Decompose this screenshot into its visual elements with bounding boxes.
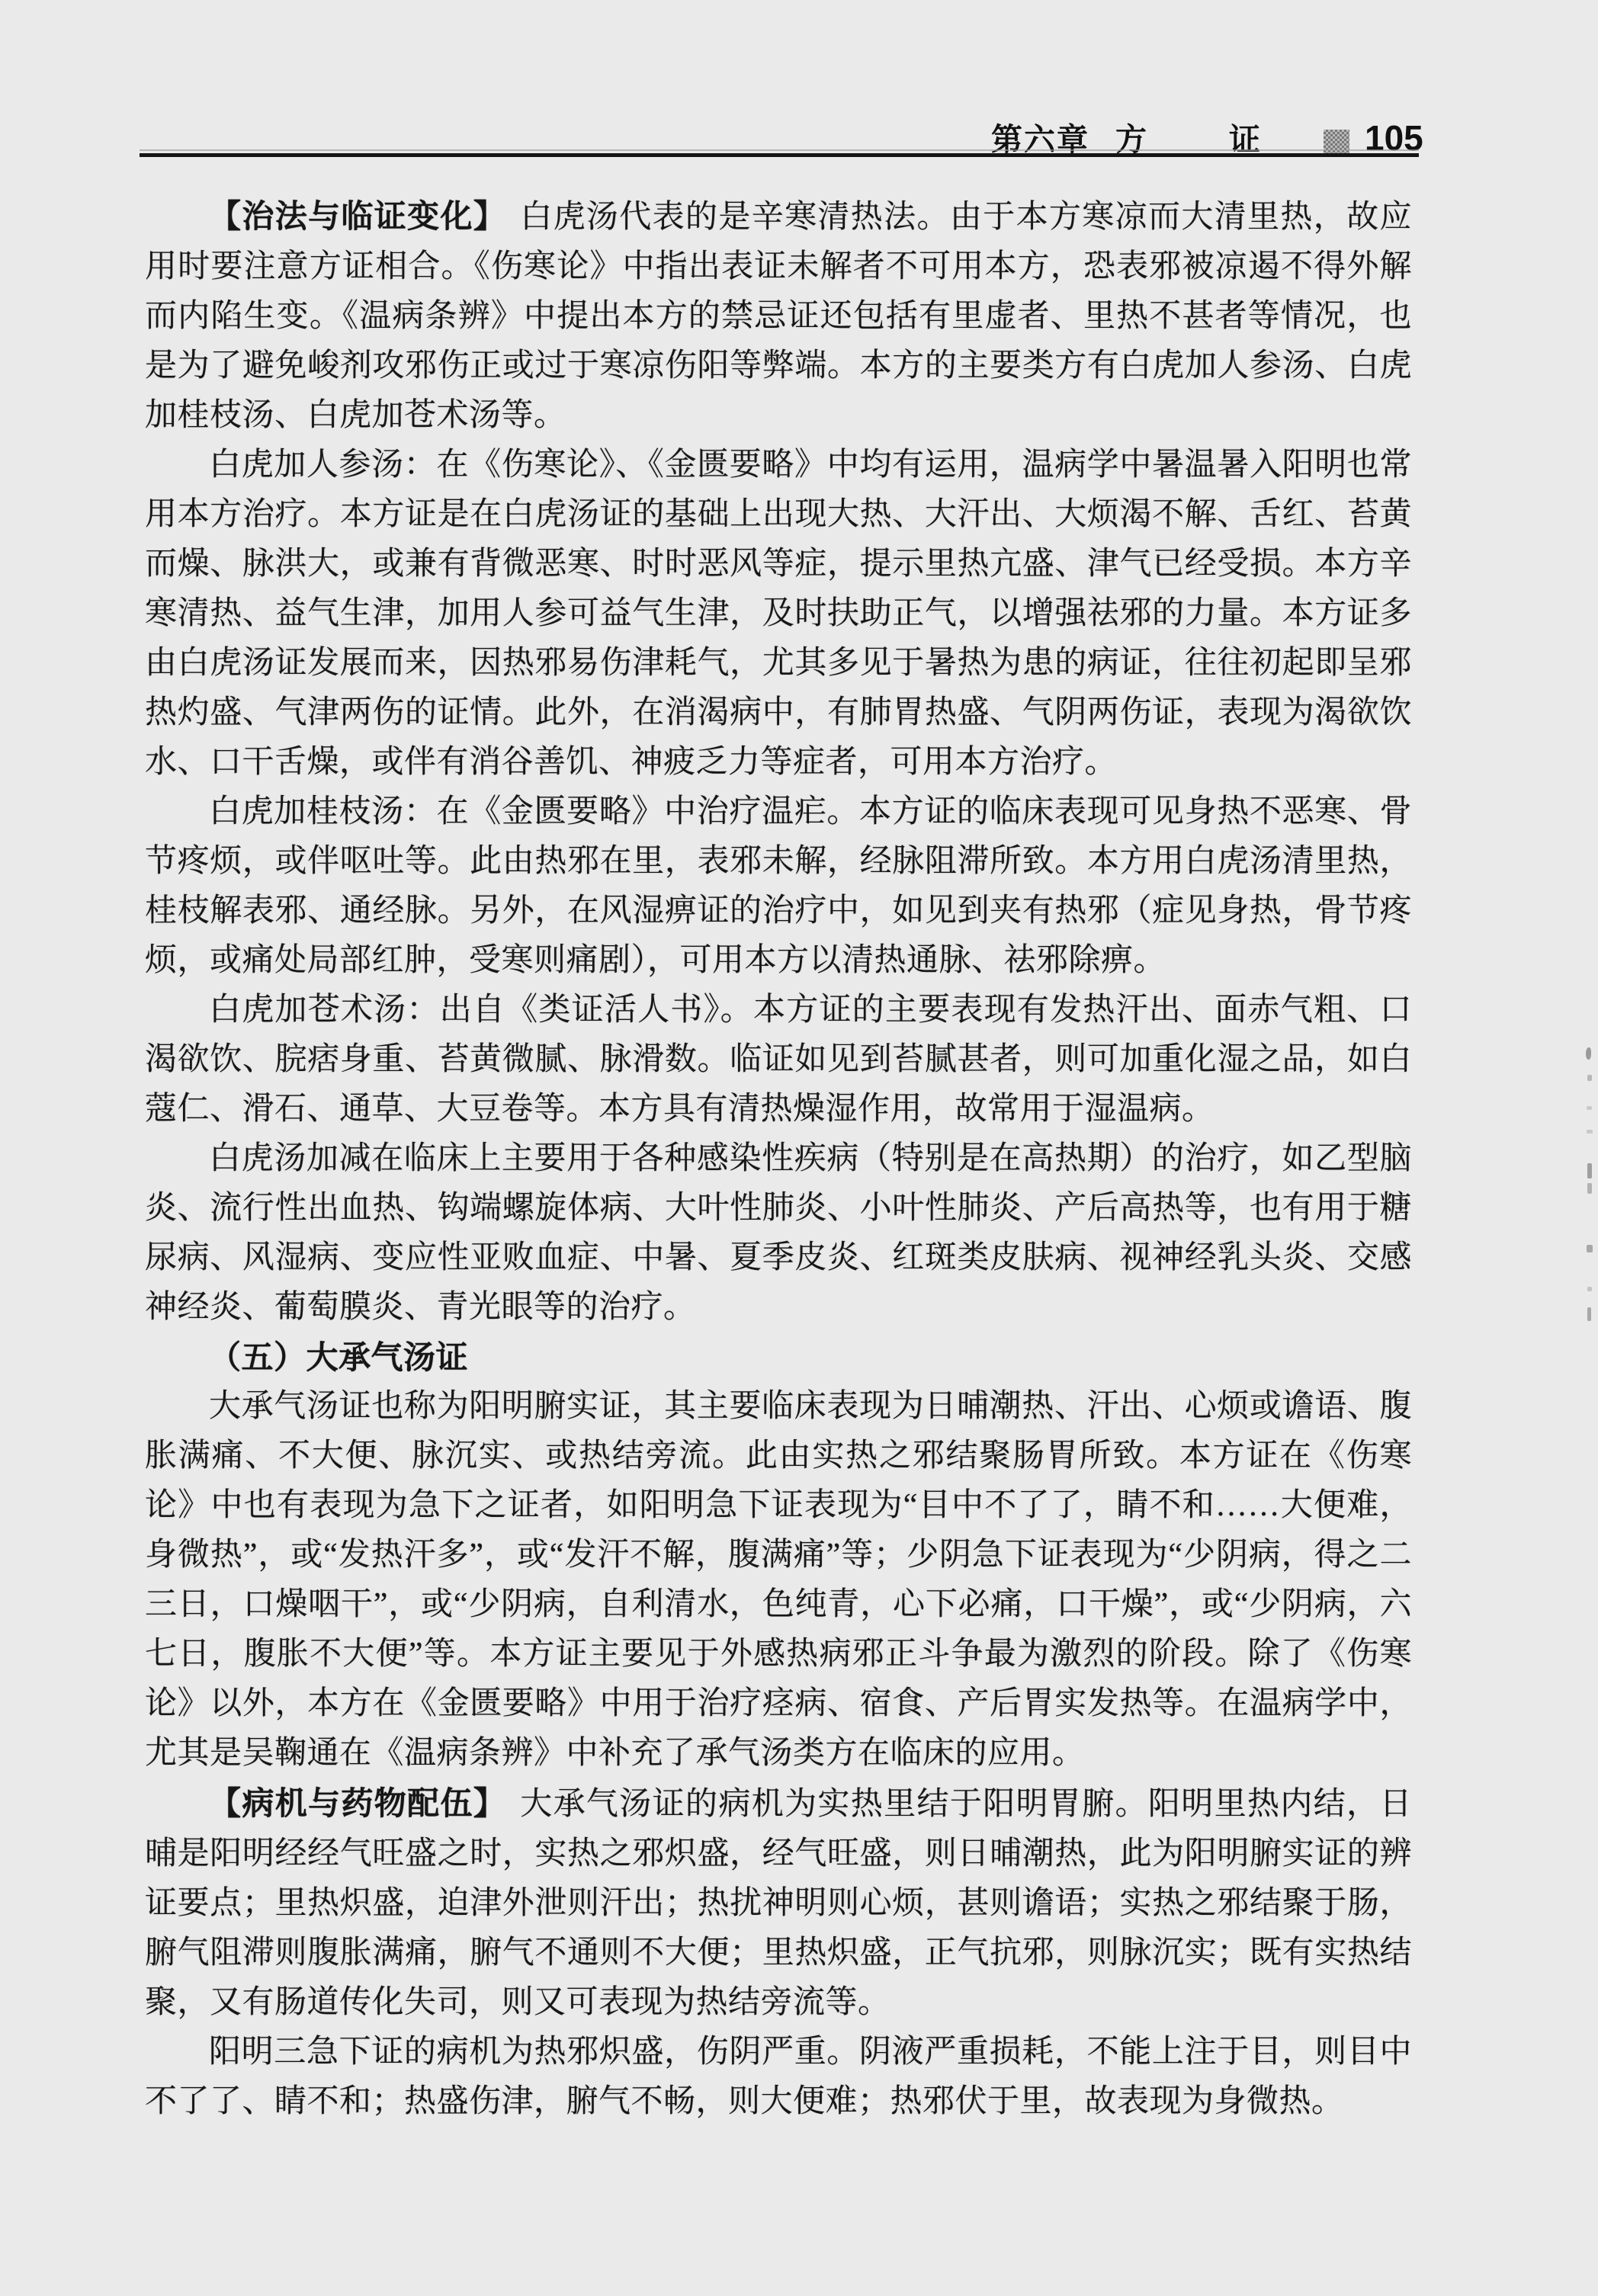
paragraph-baihu-cangzhu: 白虎加苍术汤：出自《类证活人书》。本方证的主要表现有发热汗出、面赤气粗、口渴欲饮… bbox=[145, 986, 1412, 1134]
paragraph-clinical-uses: 白虎汤加减在临床上主要用于各种感染性疾病（特别是在高热期）的治疗，如乙型脑炎、流… bbox=[145, 1134, 1412, 1332]
page-number: 105 bbox=[1365, 119, 1423, 157]
paragraph-dachengqi-overview: 大承气汤证也称为阳明腑实证，其主要临床表现为日晡潮热、汗出、心烦或谵语、腹胀满痛… bbox=[145, 1382, 1412, 1778]
paragraph-text: 大承气汤证也称为阳明腑实证，其主要临床表现为日晡潮热、汗出、心烦或谵语、腹胀满痛… bbox=[145, 1389, 1412, 1771]
paragraph-pathogenesis: 【病机与药物配伍】大承气汤证的病机为实热里结于阳明胃腑。阳明里热内结，日晡是阳明… bbox=[145, 1778, 1412, 2028]
scan-speck bbox=[1587, 1130, 1593, 1134]
chapter-title-char-2: 证 bbox=[1229, 122, 1260, 157]
scan-speck bbox=[1587, 1163, 1592, 1178]
paragraph-text: 白虎汤代表的是辛寒清热法。由于本方寒凉而大清里热，故应用时要注意方证相合。《伤寒… bbox=[145, 200, 1412, 433]
section-heading-dachengqi: （五）大承气汤证 bbox=[145, 1332, 1412, 1382]
paragraph-text: 白虎汤加减在临床上主要用于各种感染性疾病（特别是在高热期）的治疗，如乙型脑炎、流… bbox=[145, 1141, 1412, 1325]
scan-speck bbox=[1586, 1047, 1591, 1060]
page-number-marker-icon bbox=[1324, 130, 1349, 155]
paragraph-label: 【治法与临证变化】 bbox=[209, 198, 506, 234]
scan-speck bbox=[1587, 1307, 1591, 1321]
paragraph-yangming-urgent: 阳明三急下证的病机为热邪炽盛，伤阴严重。阴液严重损耗，不能上注于目，则目中不了了… bbox=[145, 2028, 1412, 2127]
paragraph-text: 白虎加桂枝汤：在《金匮要略》中治疗温疟。本方证的临床表现可见身热不恶寒、骨节疼烦… bbox=[145, 794, 1412, 978]
header-rule-shadow bbox=[140, 149, 1419, 151]
scan-speck bbox=[1587, 1075, 1592, 1081]
running-header: 第六章 方 证 105 bbox=[0, 0, 1598, 175]
scan-speck bbox=[1587, 1183, 1592, 1194]
paragraph-text: 白虎加苍术汤：出自《类证活人书》。本方证的主要表现有发热汗出、面赤气粗、口渴欲饮… bbox=[145, 992, 1412, 1127]
paragraph-text: 大承气汤证的病机为实热里结于阳明胃腑。阳明里热内结，日晡是阳明经经气旺盛之时，实… bbox=[145, 1787, 1412, 2020]
chapter-title-char-1: 方 bbox=[1115, 122, 1147, 157]
scan-speck bbox=[1587, 1245, 1593, 1252]
chapter-label: 第六章 bbox=[991, 122, 1089, 157]
paragraph-treatment-variations: 【治法与临证变化】白虎汤代表的是辛寒清热法。由于本方寒凉而大清里热，故应用时要注… bbox=[145, 191, 1412, 441]
page-body-text: 【治法与临证变化】白虎汤代表的是辛寒清热法。由于本方寒凉而大清里热，故应用时要注… bbox=[145, 191, 1412, 2127]
paragraph-label: 【病机与药物配伍】 bbox=[209, 1785, 506, 1821]
paragraph-text: 白虎加人参汤：在《伤寒论》、《金匮要略》中均有运用，温病学中暑温暑入阳明也常用本… bbox=[145, 447, 1412, 780]
scan-speck bbox=[1587, 1287, 1592, 1291]
scan-speck bbox=[1587, 1106, 1592, 1110]
paragraph-baihu-renshen: 白虎加人参汤：在《伤寒论》、《金匮要略》中均有运用，温病学中暑温暑入阳明也常用本… bbox=[145, 441, 1412, 787]
paragraph-baihu-guizhi: 白虎加桂枝汤：在《金匮要略》中治疗温疟。本方证的临床表现可见身热不恶寒、骨节疼烦… bbox=[145, 787, 1412, 986]
paragraph-text: 阳明三急下证的病机为热邪炽盛，伤阴严重。阴液严重损耗，不能上注于目，则目中不了了… bbox=[145, 2035, 1412, 2119]
header-rule bbox=[140, 153, 1419, 157]
book-page: 第六章 方 证 105 【治法与临证变化】白虎汤代表的是辛寒清热法。由于本方寒凉… bbox=[0, 0, 1598, 2296]
